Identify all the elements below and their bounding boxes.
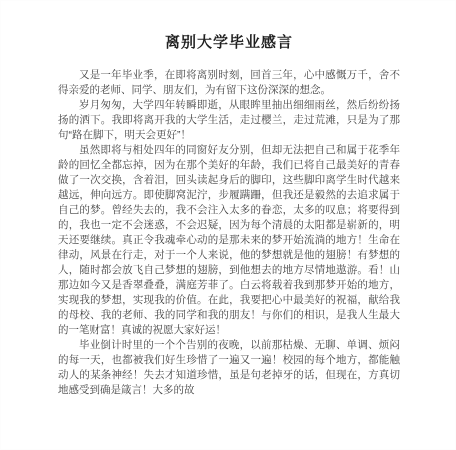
- paragraph: 岁月匆匆，大学四年转瞬即逝，从眼眸里抽出细细雨丝，然后纷纷扬扬的洒下。我即将离开…: [58, 98, 400, 143]
- document-body: 又是一年毕业季，在即将离别时刻，回首三年，心中感慨万千，舍不得亲爱的老师、同学、…: [58, 68, 400, 398]
- document-viewport: 离别大学毕业感言 又是一年毕业季，在即将离别时刻，回首三年，心中感慨万千，舍不得…: [0, 0, 456, 450]
- document-page: 离别大学毕业感言 又是一年毕业季，在即将离别时刻，回首三年，心中感慨万千，舍不得…: [1, 1, 455, 449]
- document-title: 离别大学毕业感言: [58, 31, 400, 52]
- paragraph: 毕业倒计时里的一个个告别的夜晚，以前那枯燥、无聊、单调、烦闷的每一天，也都被我们…: [58, 338, 400, 398]
- paragraph: 又是一年毕业季，在即将离别时刻，回首三年，心中感慨万千，舍不得亲爱的老师、同学、…: [58, 68, 400, 98]
- paragraph: 虽然即将与相处四年的同窗好友分别，但却无法把自己和属于花季年龄的回忆全都忘掉，因…: [58, 143, 400, 338]
